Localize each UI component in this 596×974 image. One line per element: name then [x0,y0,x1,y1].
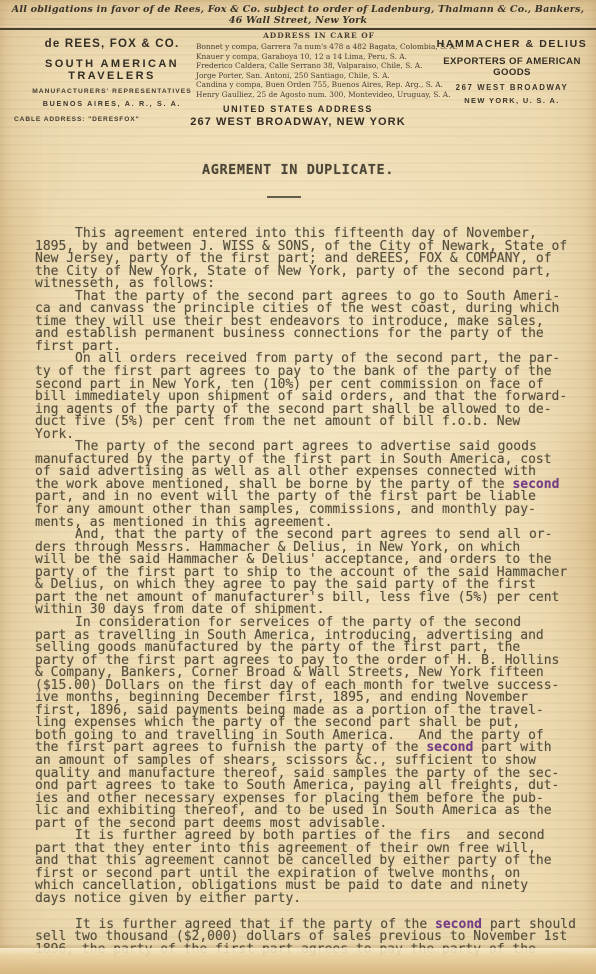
document-title: AGREMENT IN DUPLICATE. [0,162,596,178]
care-of-line: Frederico Caldera, Calle Serrano 38, Val… [196,61,442,71]
title-underline [267,196,301,198]
paragraph: The party of the second part agrees to a… [35,441,568,529]
paragraph: And, that the party of the second part a… [35,529,568,617]
paragraph: It is further agreed by both parties of … [35,830,568,905]
care-of-line: Henry Gaulliez, 25 de Agosto num. 300, M… [196,90,442,100]
company-subline-representatives: MANUFACTURERS' REPRESENTATIVES [14,88,210,95]
document-body: This agreement entered into this fifteen… [35,228,568,956]
us-address-block: UNITED STATES ADDRESS 267 WEST BROADWAY,… [0,104,596,128]
typed-line: days notice given by either party. [35,893,568,906]
care-of-list: Bonnet y compa, Garrera 7a num's 478 a 4… [196,42,442,100]
care-of-line: Knauer y compa, Garaboya 10, 12 a 14 Lim… [196,52,442,62]
letterhead-right: HAMMACHER & DELIUS EXPORTERS OF AMERICAN… [436,38,588,105]
paragraph: That the party of the second part agrees… [35,291,568,354]
obligation-notice-wrap: All obligations in favor of de Rees, Fox… [0,4,596,30]
paragraph: On all orders received from party of the… [35,353,568,441]
company-name-hammacher: HAMMACHER & DELIUS [436,38,588,50]
letterhead-center: ADDRESS IN CARE OF Bonnet y compa, Garre… [196,31,442,100]
paragraph: In consideration for serveices of the pa… [35,617,568,830]
paragraph: This agreement entered into this fifteen… [35,228,568,291]
us-address-title: UNITED STATES ADDRESS [0,104,596,114]
care-of-line: Jorge Porter, San. Antoni, 250 Santiago,… [196,71,442,81]
letterhead-left: de REES, FOX & CO. SOUTH AMERICAN TRAVEL… [14,38,210,108]
bottom-fold [0,948,596,974]
us-address-line: 267 WEST BROADWAY, NEW YORK [0,116,596,128]
company-tagline: SOUTH AMERICAN TRAVELERS [14,58,210,82]
document-page: All obligations in favor of de Rees, Fox… [0,0,596,974]
company-subline-exporters: EXPORTERS OF AMERICAN GOODS [436,56,588,78]
obligation-notice: All obligations in favor of de Rees, Fox… [0,4,596,30]
care-of-line: Candina y compa, Buen Orden 755, Buenos … [196,80,442,90]
care-of-title: ADDRESS IN CARE OF [196,31,442,40]
typed-line: duct five (5%) per cent from the net amo… [35,416,568,429]
care-of-line: Bonnet y compa, Garrera 7a num's 478 a 4… [196,42,442,52]
company-name-derees: de REES, FOX & CO. [14,38,210,50]
company-subline-broadway: 267 WEST BROADWAY [436,83,588,92]
